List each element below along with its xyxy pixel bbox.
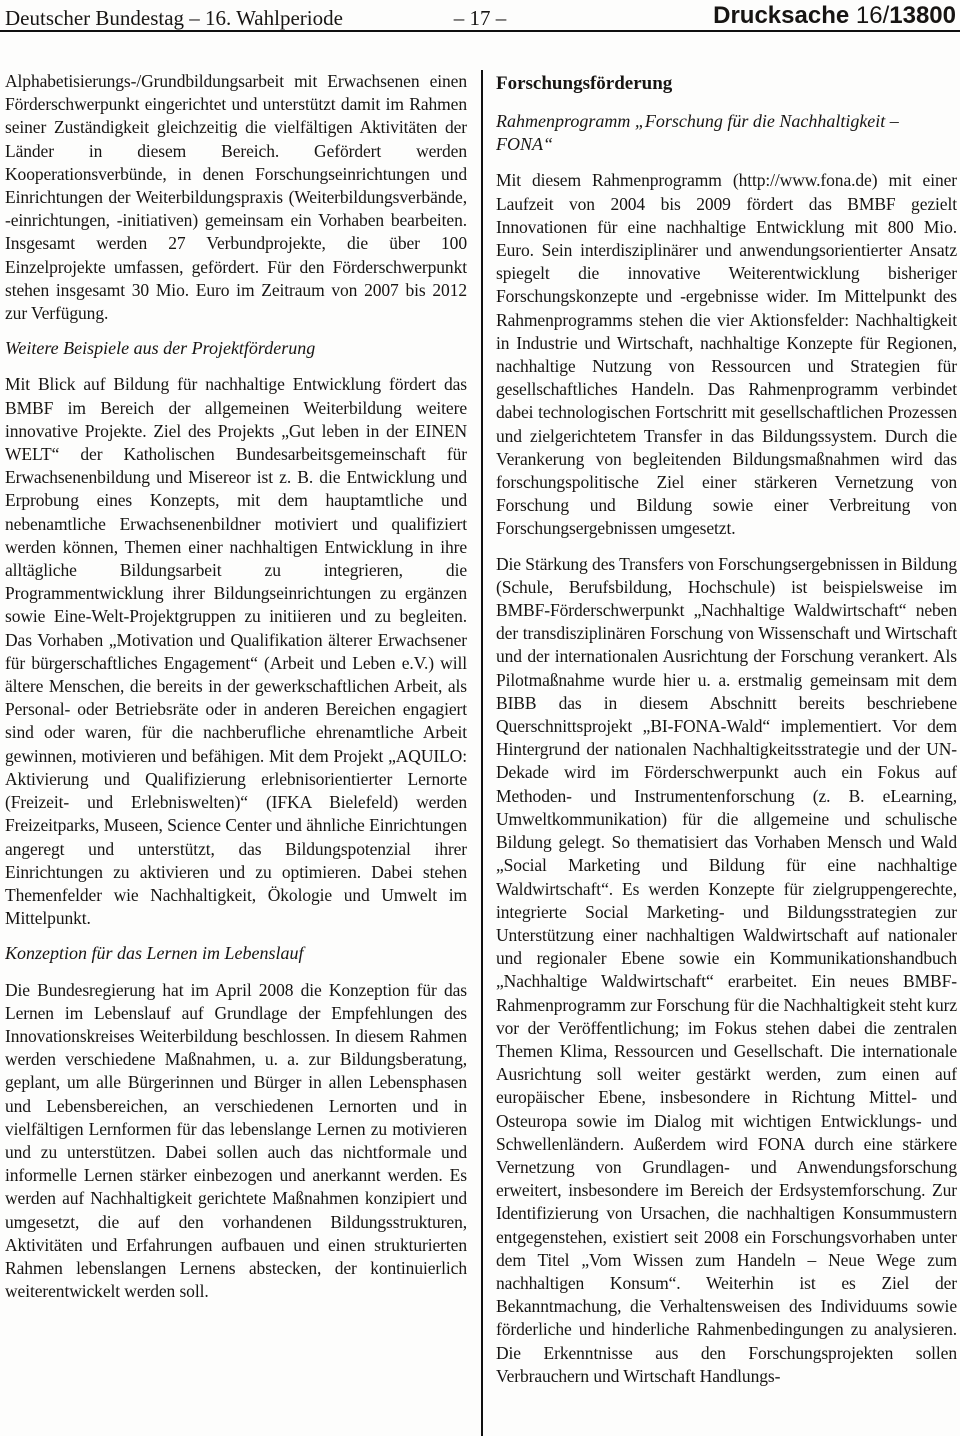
document-page: Deutscher Bundestag – 16. Wahlperiode – …: [0, 0, 960, 1436]
header-parliament-label: Deutscher Bundestag – 16. Wahlperiode: [5, 6, 343, 30]
right-column: Forschungsförderung Rahmenprogramm „Fors…: [496, 70, 957, 1436]
column-divider: [481, 70, 483, 1436]
paragraph-fona-programm: Mit diesem Rahmenprogramm (http://www.fo…: [496, 169, 957, 540]
paragraph-alphabetisierung: Alphabetisierungs-/Grundbildungsarbeit m…: [5, 70, 467, 325]
heading-konzeption-lebenslauf: Konzeption für das Lernen im Lebenslauf: [5, 942, 467, 965]
page-number: – 17 –: [454, 6, 507, 30]
paragraph-transfer-forschung: Die Stärkung des Transfers von Forschung…: [496, 553, 957, 1388]
drucksache-label: Drucksache: [713, 2, 849, 29]
drucksache-header: Drucksache 16/13800: [713, 3, 956, 29]
heading-rahmenprogramm-fona: Rahmenprogramm „Forschung für die Nachha…: [496, 110, 957, 156]
paragraph-lernen-im-lebenslauf: Die Bundesregierung hat im April 2008 di…: [5, 979, 467, 1304]
drucksache-number-prefix: 16/: [856, 2, 889, 29]
heading-weitere-beispiele: Weitere Beispiele aus der Projektförderu…: [5, 337, 467, 360]
header-rule: [0, 30, 960, 32]
section-title-forschungsfoerderung: Forschungsförderung: [496, 72, 957, 96]
drucksache-spacer: [849, 2, 856, 29]
paragraph-projektfoerderung: Mit Blick auf Bildung für nachhaltige En…: [5, 373, 467, 930]
left-column: Alphabetisierungs-/Grundbildungsarbeit m…: [5, 70, 467, 1436]
drucksache-number: 13800: [889, 2, 956, 29]
